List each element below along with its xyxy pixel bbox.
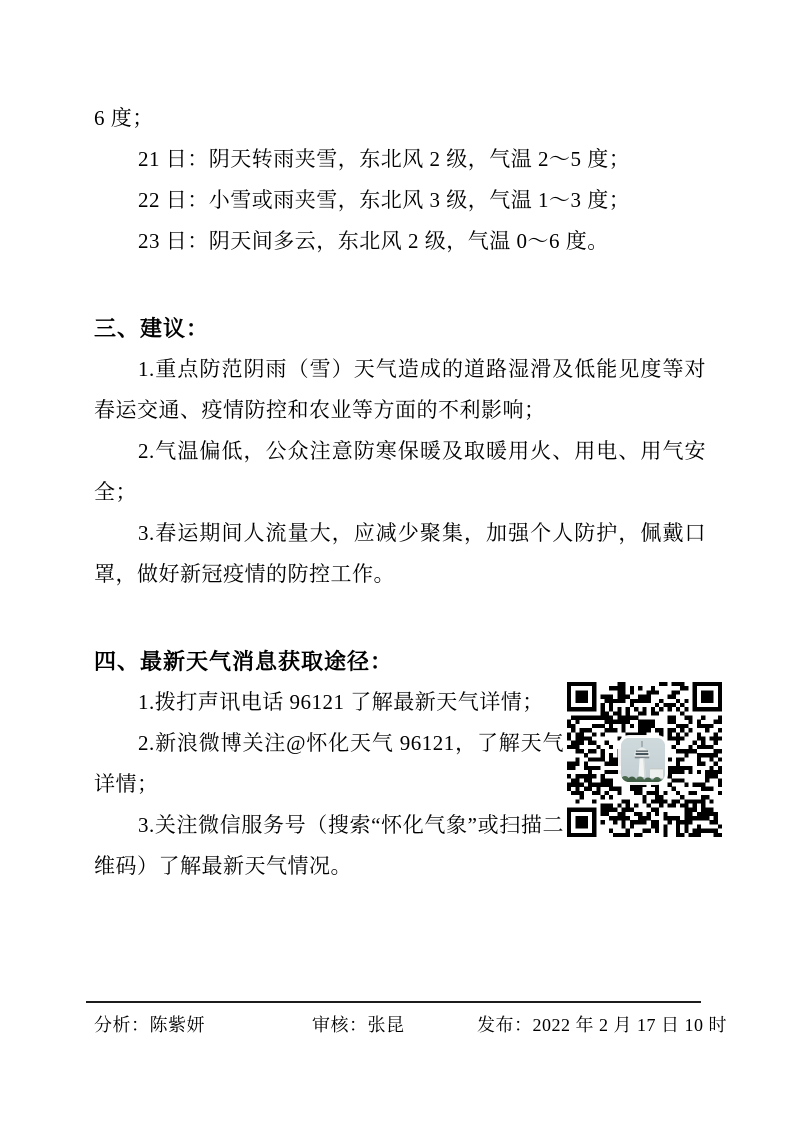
document-page: 6 度； 21 日：阴天转雨夹雪，东北风 2 级，气温 2～5 度； 22 日：… [0, 0, 793, 1122]
suggestions-heading: 三、建议： [94, 308, 706, 349]
weather-tower-photo-icon [621, 738, 665, 782]
suggestion-item-2: 2.气温偏低，公众注意防寒保暖及取暖用火、用电、用气安全； [94, 431, 706, 513]
footer-divider [86, 1001, 701, 1003]
channel-item-3: 3.关注微信服务号（搜索“怀化气象”或扫描二维码）了解最新天气情况。 [94, 805, 564, 887]
suggestion-item-1: 1.重点防范阴雨（雪）天气造成的道路湿滑及低能见度等对春运交通、疫情防控和农业等… [94, 349, 706, 431]
observation-tower-icon [621, 738, 665, 782]
channel-item-2: 2.新浪微博关注@怀化天气 96121，了解天气详情； [94, 723, 564, 805]
footer-analyst: 分析：陈紫妍 [94, 1013, 205, 1037]
wechat-qr-code [567, 682, 722, 837]
footer-reviewer: 审核：张昆 [312, 1013, 405, 1037]
channel-item-1: 1.拨打声讯电话 96121 了解最新天气详情； [94, 682, 564, 723]
suggestion-item-3: 3.春运期间人流量大，应减少聚集，加强个人防护，佩戴口罩，做好新冠疫情的防控工作… [94, 513, 706, 595]
footer-published: 发布：2022 年 2 月 17 日 10 时 [477, 1013, 727, 1037]
forecast-carryover-line: 6 度； [94, 98, 706, 139]
forecast-day22-line: 22 日：小雪或雨夹雪，东北风 3 级，气温 1～3 度； [94, 180, 706, 221]
forecast-day21-line: 21 日：阴天转雨夹雪，东北风 2 级，气温 2～5 度； [94, 139, 706, 180]
channels-heading: 四、最新天气消息获取途径： [94, 641, 706, 682]
forecast-day23-line: 23 日：阴天间多云，东北风 2 级，气温 0～6 度。 [94, 221, 706, 262]
